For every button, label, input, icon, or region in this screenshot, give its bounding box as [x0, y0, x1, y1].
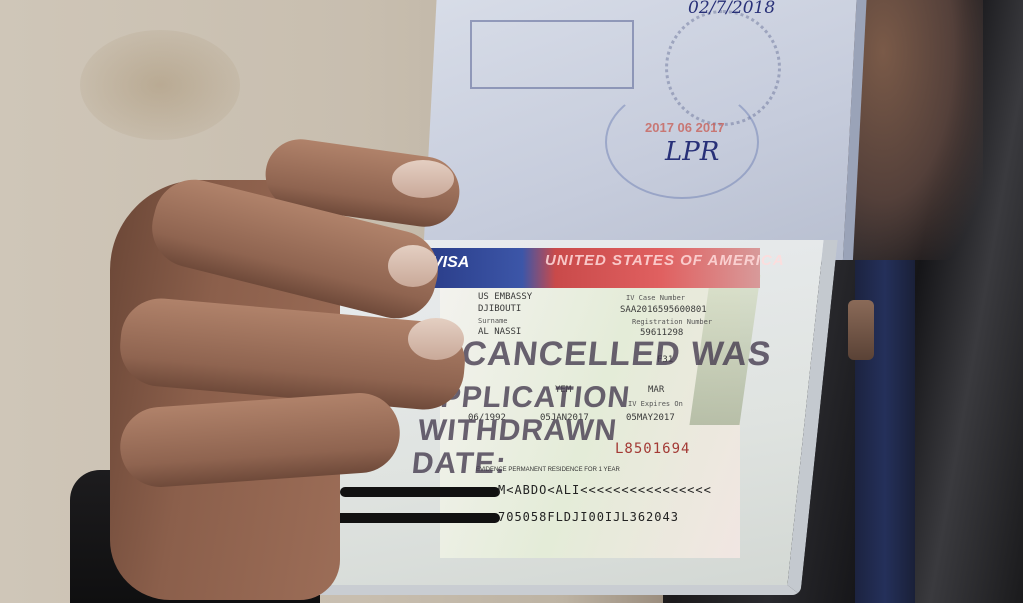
jacket-zipper — [848, 300, 874, 360]
fingernail — [388, 245, 438, 287]
expires-label: IV Expires On — [628, 400, 683, 408]
handwritten-lpr: LPR — [665, 137, 719, 167]
mrz-line-2: 705058FLDJI00IJL362043 — [498, 510, 679, 524]
registration-label: Registration Number — [632, 318, 712, 326]
surname-label: Surname — [478, 317, 508, 325]
case-number: SAA2016595600801 — [620, 305, 707, 315]
photo-scene: 02/7/2018 2017 06 2017 LPR VISA UNITED S… — [0, 0, 1023, 603]
fingernail — [408, 318, 464, 360]
fingernail — [392, 160, 454, 198]
mrz-line-1: M<ABDO<ALI<<<<<<<<<<<<<<<< — [498, 483, 712, 497]
expiry-date: 05MAY2017 — [626, 413, 675, 423]
cancel-stamp-line-3: WITHDRAWN — [416, 414, 619, 448]
visa-country: UNITED STATES OF AMERICA — [545, 252, 785, 269]
issuing-city: DJIBOUTI — [478, 304, 521, 314]
redaction-bar — [325, 513, 500, 523]
issuing-post: US EMBASSY — [478, 292, 532, 302]
entry-stamp — [470, 20, 634, 89]
cancel-stamp-line-4: DATE: — [410, 447, 508, 481]
case-number-label: IV Case Number — [626, 294, 685, 302]
control-number: L8501694 — [615, 441, 690, 457]
cancel-stamp-line-1: CANCELLED WAS — [460, 335, 774, 374]
handwritten-date: 02/7/2018 — [688, 0, 775, 18]
background-wall — [80, 30, 240, 140]
stamp-date: 2017 06 2017 — [645, 120, 725, 135]
redaction-bar — [340, 487, 500, 497]
marital-status: MAR — [648, 385, 664, 395]
